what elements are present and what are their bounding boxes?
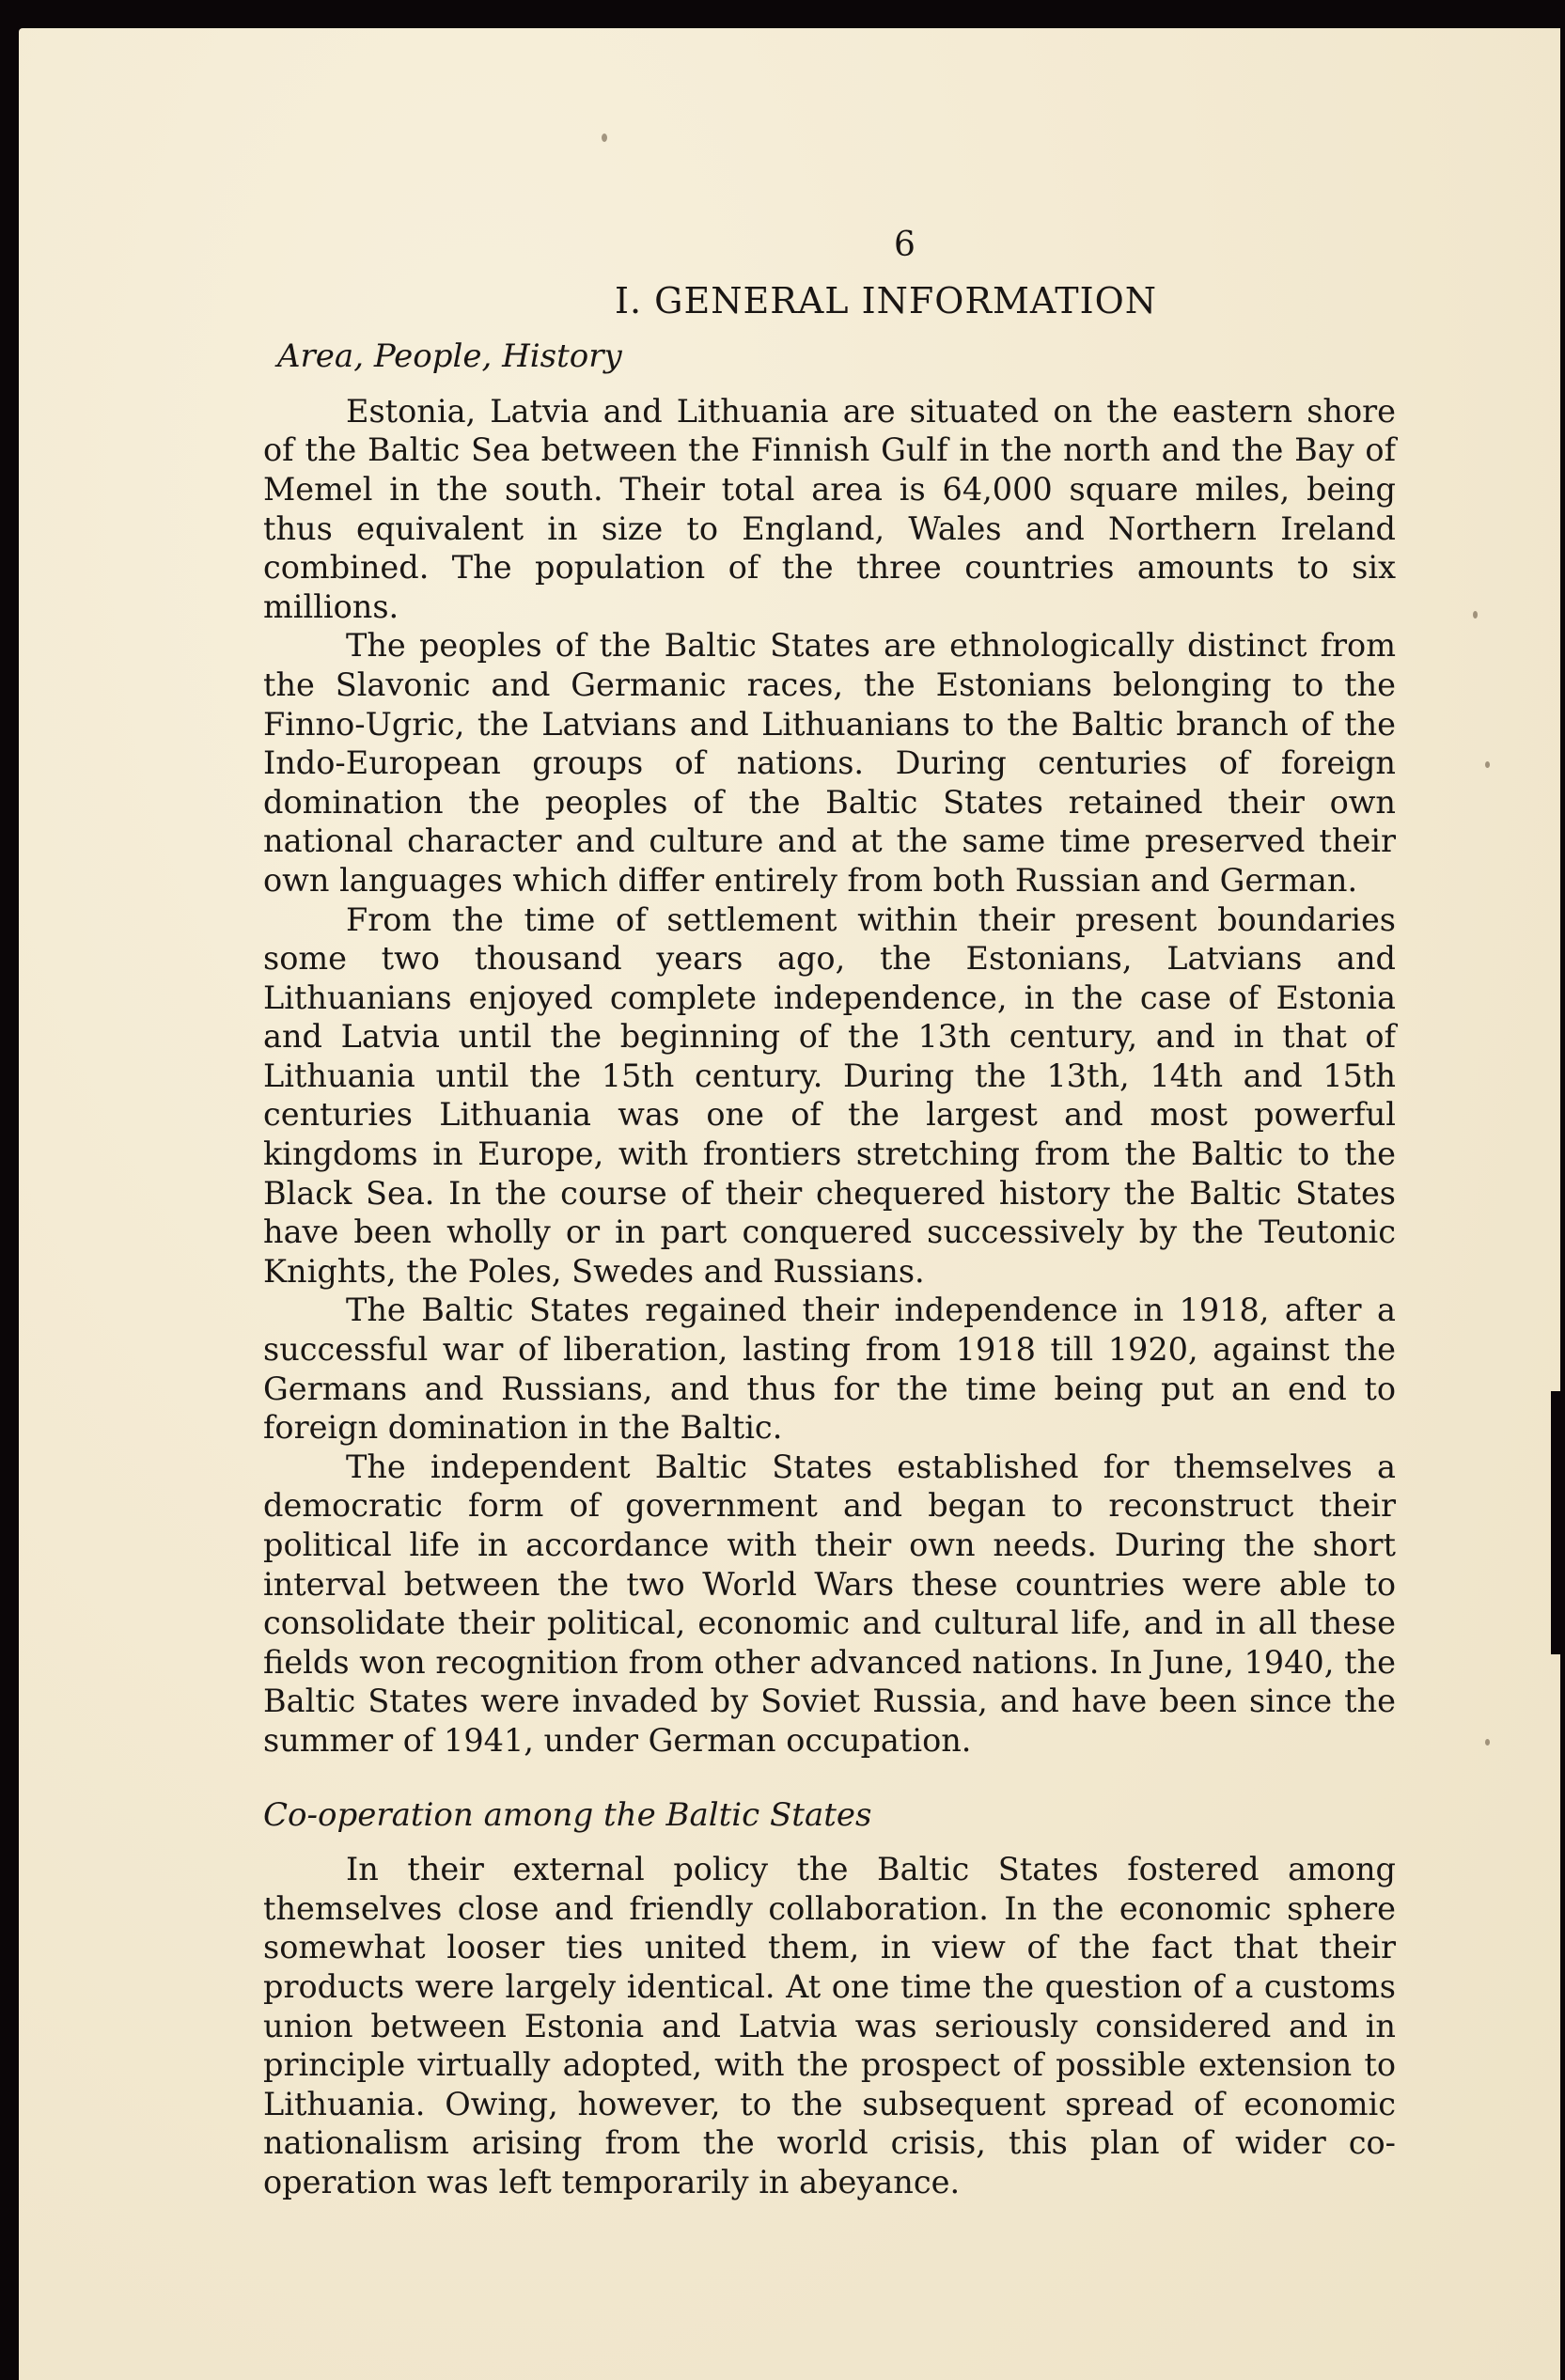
page-edge-shadow: [1551, 1391, 1560, 1654]
paragraph: From the time of settlement within their…: [263, 900, 1396, 1292]
paragraph: In their external policy the Baltic Stat…: [263, 1850, 1396, 2201]
paper-speck: [1485, 1739, 1490, 1746]
page-number: 6: [263, 226, 1396, 265]
section-heading-area-people-history: Area, People, History: [277, 337, 1396, 377]
document-body: 6 I. GENERAL INFORMATION Area, People, H…: [263, 188, 1396, 2202]
paper-speck: [1485, 761, 1490, 768]
chapter-title: I. GENERAL INFORMATION: [263, 282, 1396, 321]
section-heading-cooperation: Co-operation among the Baltic States: [263, 1796, 1396, 1836]
scanned-page: 6 I. GENERAL INFORMATION Area, People, H…: [19, 28, 1560, 2380]
paper-speck: [602, 133, 607, 142]
paragraph: Estonia, Latvia and Lithuania are situat…: [263, 392, 1396, 627]
paper-speck: [1473, 611, 1478, 618]
paragraph: The peoples of the Baltic States are eth…: [263, 626, 1396, 900]
paragraph: The Baltic States regained their indepen…: [263, 1291, 1396, 1447]
paragraph: The independent Baltic States establishe…: [263, 1448, 1396, 1761]
